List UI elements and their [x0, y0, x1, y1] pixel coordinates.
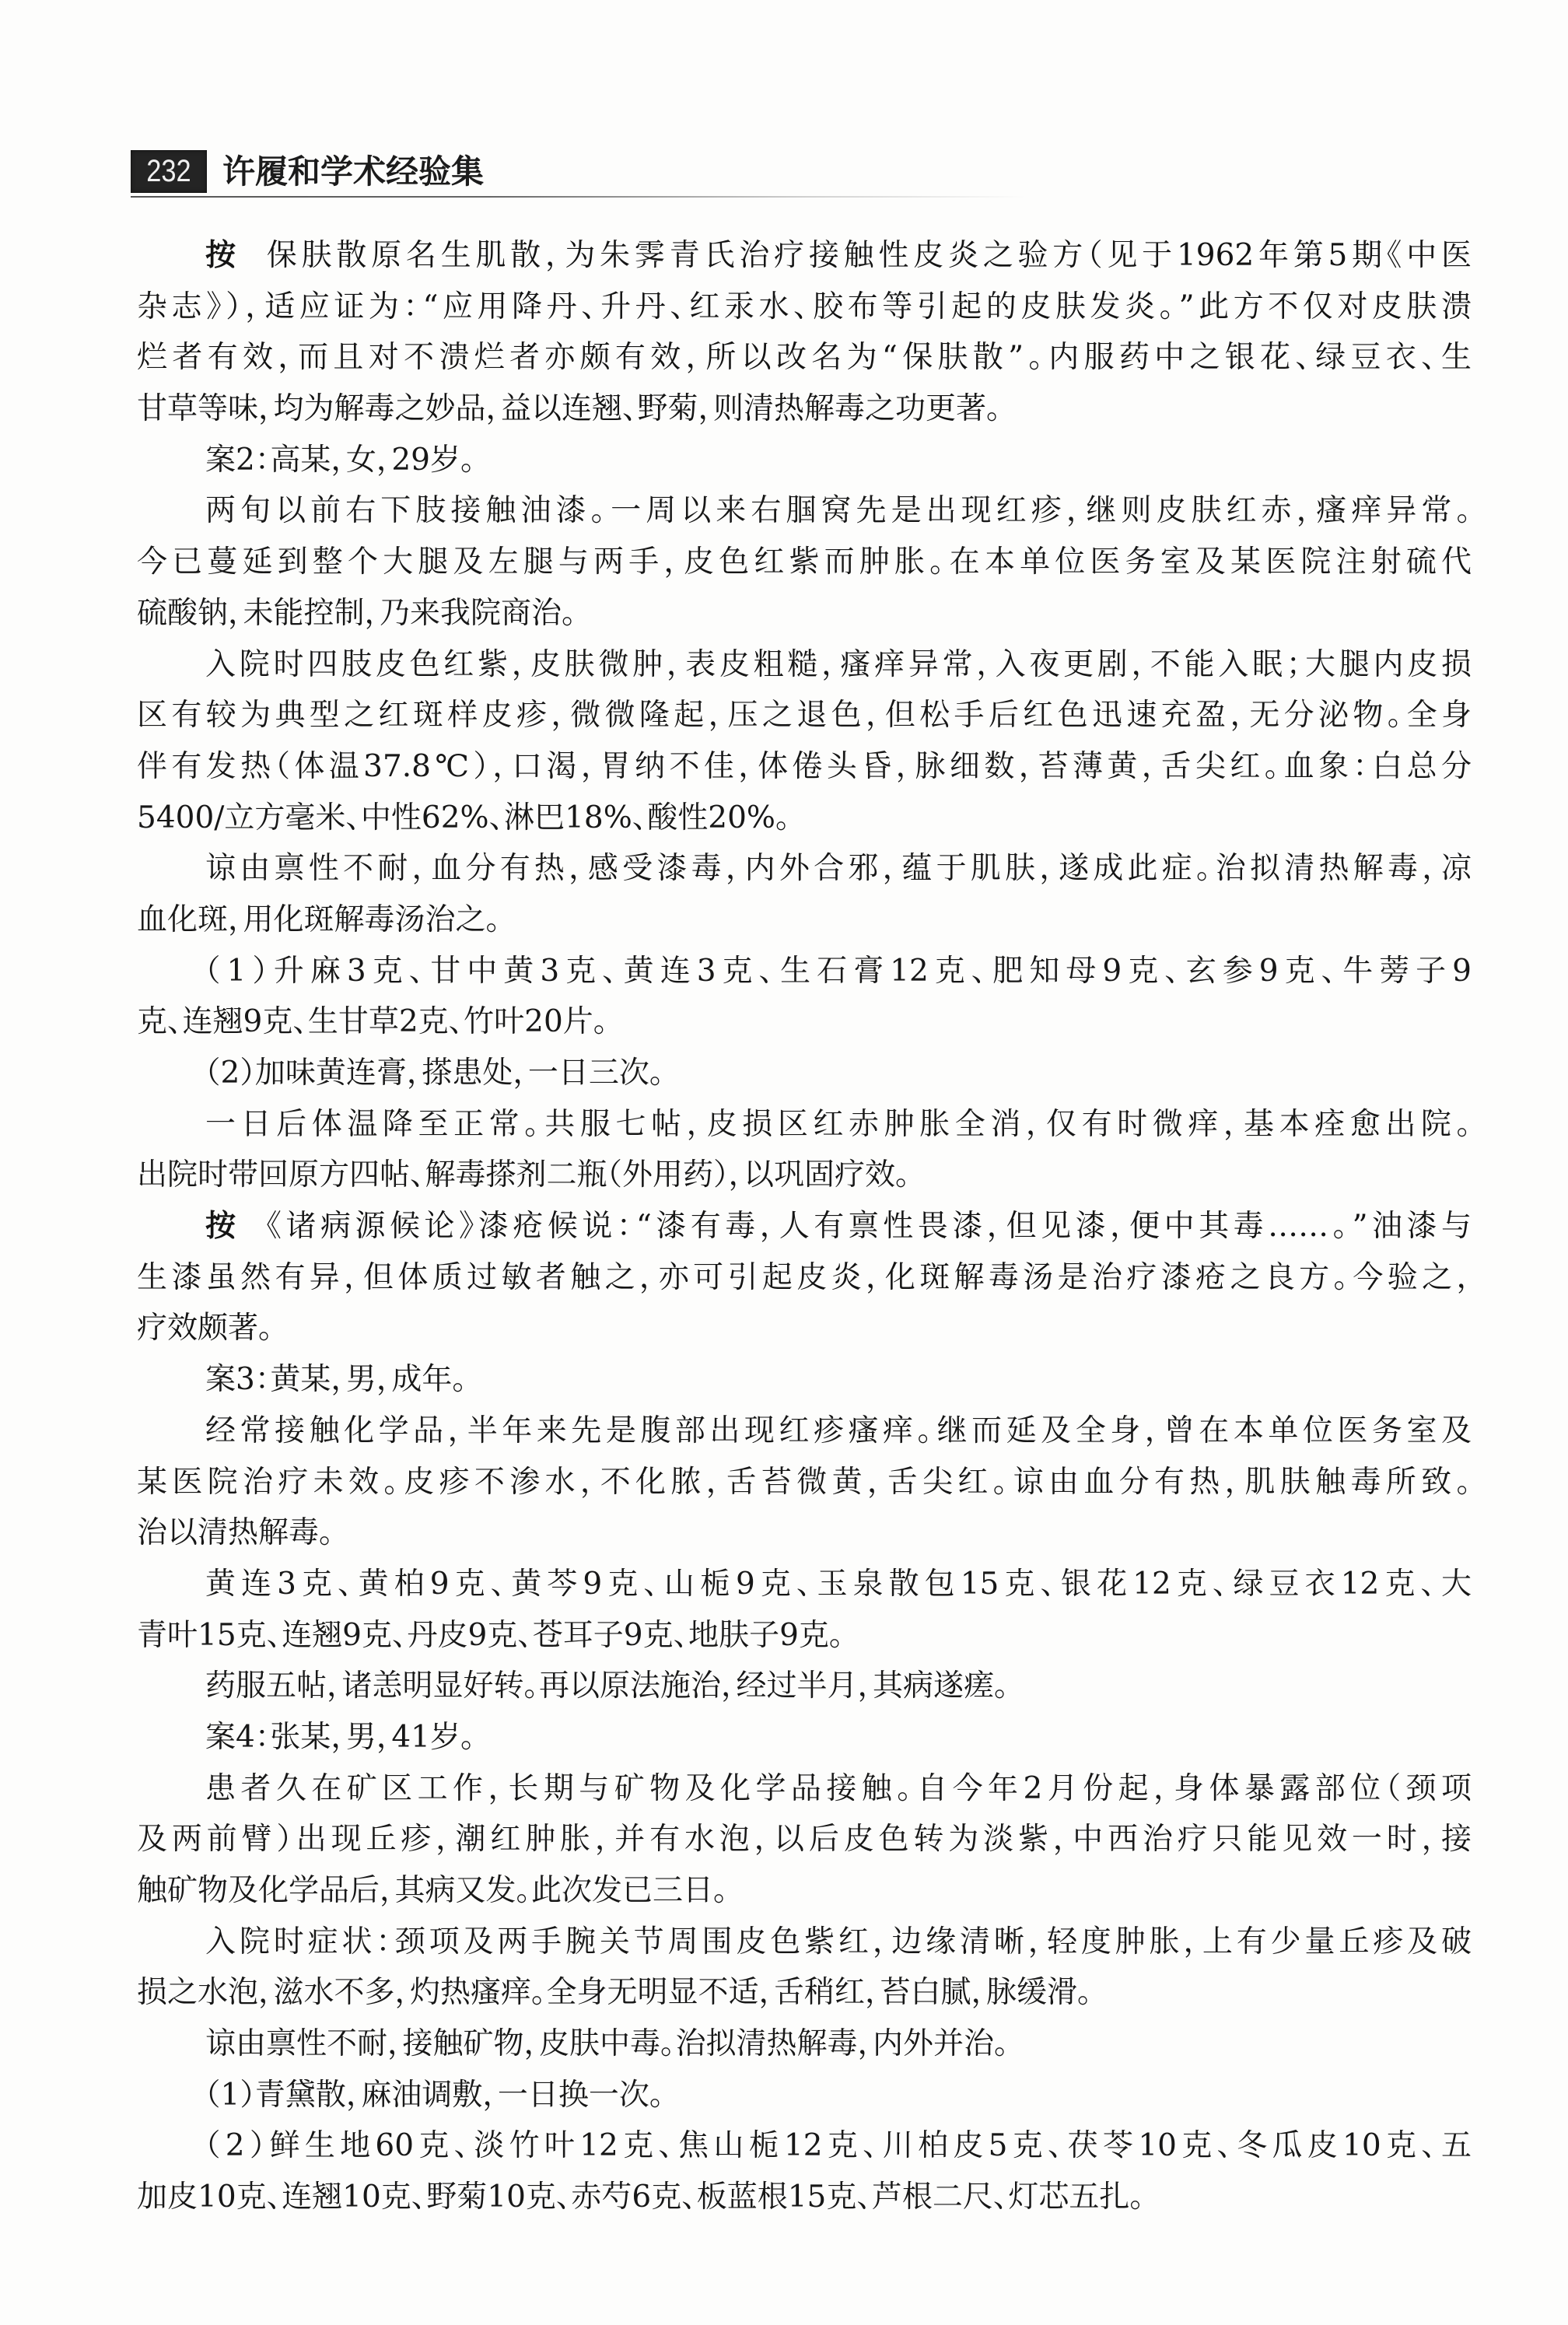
paragraph: 患者久在矿区工作，长期与矿物及化学品接触。自今年2月份起，身体暴露部位（颈项 及… — [137, 1763, 1472, 1917]
note-lead: 按 — [205, 238, 240, 273]
text-line: 案2：高某，女，29岁。 — [137, 435, 1472, 486]
text-line: 经常接触化学品，半年来先是腹部出现红疹瘙痒。继而延及全身，曾在本单位医务室及 — [137, 1406, 1472, 1457]
text-line: 甘草等味，均为解毒之妙品，益以连翘、野菊，则清热解毒之功更著。 — [137, 383, 1472, 435]
text-line: 今已蔓延到整个大腿及左腿与两手，皮色红紫而肿胀。在本单位医务室及某医院注射硫代 — [137, 537, 1472, 588]
prescription: 黄连3克、黄柏9克、黄芩9克、山栀9克、玉泉散包15克、银花12克、绿豆衣12克… — [137, 1559, 1472, 1661]
text-line: 按《诸病源候论》漆疮候说：“漆有毒，人有禀性畏漆，但见漆，便中其毒……。”油漆与 — [137, 1201, 1472, 1252]
text-line: 青叶15克、连翘9克、丹皮9克、苍耳子9克、地肤子9克。 — [137, 1610, 1472, 1661]
text-line: 烂者有效，而且对不溃烂者亦颇有效，所以改名为“保肤散”。内服药中之银花、绿豆衣、… — [137, 332, 1472, 383]
paragraph: 两旬以前右下肢接触油漆。一周以来右腘窝先是出现红疹，继则皮肤红赤，瘙痒异常。 今… — [137, 485, 1472, 639]
paragraph-note: 按《诸病源候论》漆疮候说：“漆有毒，人有禀性畏漆，但见漆，便中其毒……。”油漆与… — [137, 1201, 1472, 1354]
prescription: （2）鲜生地60克、淡竹叶12克、焦山栀12克、川柏皮5克、茯苓10克、冬瓜皮1… — [137, 2120, 1472, 2222]
text-line: 案3：黄某，男，成年。 — [137, 1354, 1472, 1406]
text-line: 生漆虽然有异，但体质过敏者触之，亦可引起皮炎，化斑解毒汤是治疗漆疮之良方。今验之… — [137, 1252, 1472, 1304]
text-line: 及两前臂）出现丘疹，潮红肿胀，并有水泡，以后皮色转为淡紫，中西治疗只能见效一时，… — [137, 1814, 1472, 1865]
paragraph: 入院时四肢皮色红紫，皮肤微肿，表皮粗糙，瘙痒异常，入夜更剧，不能入眠；大腿内皮损… — [137, 639, 1472, 844]
text-line: 两旬以前右下肢接触油漆。一周以来右腘窝先是出现红疹，继则皮肤红赤，瘙痒异常。 — [137, 485, 1472, 537]
text-line: 入院时四肢皮色红紫，皮肤微肿，表皮粗糙，瘙痒异常，入夜更剧，不能入眠；大腿内皮损 — [137, 639, 1472, 691]
text-line: 患者久在矿区工作，长期与矿物及化学品接触。自今年2月份起，身体暴露部位（颈项 — [137, 1763, 1472, 1815]
header-rule — [131, 196, 1025, 198]
paragraph: 入院时症状：颈项及两手腕关节周围皮色紫红，边缘清晰，轻度肿胀，上有少量丘疹及破 … — [137, 1917, 1472, 2019]
text-line: 5400/立方毫米、中性62%、淋巴18%、酸性20%。 — [137, 793, 1472, 844]
case-heading: 案3：黄某，男，成年。 — [137, 1354, 1472, 1406]
text-span: 《诸病源候论》漆疮候说：“漆有毒，人有禀性畏漆，但见漆，便中其毒……。”油漆与 — [267, 1209, 1472, 1244]
page-number: 232 — [136, 150, 201, 193]
text-line: 损之水泡，滋水不多，灼热瘙痒。全身无明显不适，舌稍红，苔白腻，脉缓滑。 — [137, 1967, 1472, 2019]
prescription: （1）青黛散，麻油调敷，一日换一次。 — [137, 2070, 1472, 2121]
text-line: 加皮10克、连翘10克、野菊10克、赤芍6克、板蓝根15克、芦根二尺、灯芯五扎。 — [137, 2172, 1472, 2223]
text-line: 谅由禀性不耐，血分有热，感受漆毒，内外合邪，蕴于肌肤，遂成此症。治拟清热解毒，凉 — [137, 843, 1472, 895]
paragraph-note: 按保肤散原名生肌散，为朱霁青氏治疗接触性皮炎之验方（见于1962年第5期《中医 … — [137, 230, 1472, 435]
text-line: 区有较为典型之红斑样皮疹，微微隆起，压之退色，但松手后红色迅速充盈，无分泌物。全… — [137, 690, 1472, 741]
text-span: 保肤散原名生肌散，为朱霁青氏治疗接触性皮炎之验方（见于1962年第5期《中医 — [267, 238, 1472, 273]
text-line: （1）青黛散，麻油调敷，一日换一次。 — [137, 2070, 1472, 2121]
book-title: 许履和学术经验集 — [222, 150, 484, 193]
text-line: 治以清热解毒。 — [137, 1507, 1472, 1559]
text-line: 硫酸钠，未能控制，乃来我院商治。 — [137, 588, 1472, 639]
text-line: 药服五帖，诸恙明显好转。再以原法施治，经过半月，其病遂瘥。 — [137, 1661, 1472, 1712]
text-line: 疗效颇著。 — [137, 1303, 1472, 1354]
text-line: （2）鲜生地60克、淡竹叶12克、焦山栀12克、川柏皮5克、茯苓10克、冬瓜皮1… — [137, 2120, 1472, 2172]
paragraph: 谅由禀性不耐，接触矿物，皮肤中毒。治拟清热解毒，内外并治。 — [137, 2019, 1472, 2070]
text-line: 黄连3克、黄柏9克、黄芩9克、山栀9克、玉泉散包15克、银花12克、绿豆衣12克… — [137, 1559, 1472, 1610]
paragraph: 经常接触化学品，半年来先是腹部出现红疹瘙痒。继而延及全身，曾在本单位医务室及 某… — [137, 1406, 1472, 1559]
case-heading: 案4：张某，男，41岁。 — [137, 1712, 1472, 1763]
note-lead: 按 — [205, 1209, 240, 1244]
text-line: 一日后体温降至正常。共服七帖，皮损区红赤肿胀全消，仅有时微痒，基本痊愈出院。 — [137, 1099, 1472, 1150]
text-line: （1）升麻3克、甘中黄3克、黄连3克、生石膏12克、肥知母9克、玄参9克、牛蒡子… — [137, 946, 1472, 997]
prescription: （1）升麻3克、甘中黄3克、黄连3克、生石膏12克、肥知母9克、玄参9克、牛蒡子… — [137, 946, 1472, 1048]
page-number-badge: 232 — [131, 150, 207, 193]
text-line: 按保肤散原名生肌散，为朱霁青氏治疗接触性皮炎之验方（见于1962年第5期《中医 — [137, 230, 1472, 282]
text-line: 出院时带回原方四帖、解毒搽剂二瓶（外用药），以巩固疗效。 — [137, 1150, 1472, 1201]
text-line: 入院时症状：颈项及两手腕关节周围皮色紫红，边缘清晰，轻度肿胀，上有少量丘疹及破 — [137, 1917, 1472, 1968]
text-line: 伴有发热（体温37.8℃），口渴，胃纳不佳，体倦头昏，脉细数，苔薄黄，舌尖红。血… — [137, 741, 1472, 793]
paragraph: 一日后体温降至正常。共服七帖，皮损区红赤肿胀全消，仅有时微痒，基本痊愈出院。 出… — [137, 1099, 1472, 1201]
body-text: 按保肤散原名生肌散，为朱霁青氏治疗接触性皮炎之验方（见于1962年第5期《中医 … — [137, 230, 1472, 2223]
text-line: （2）加味黄连膏，搽患处，一日三次。 — [137, 1048, 1472, 1099]
text-line: 触矿物及化学品后，其病又发。此次发已三日。 — [137, 1865, 1472, 1917]
text-line: 杂志》），适应证为：“应用降丹、升丹、红汞水、胶布等引起的皮肤发炎。”此方不仅对… — [137, 282, 1472, 333]
paragraph: 谅由禀性不耐，血分有热，感受漆毒，内外合邪，蕴于肌肤，遂成此症。治拟清热解毒，凉… — [137, 843, 1472, 945]
text-line: 克、连翘9克、生甘草2克、竹叶20片。 — [137, 996, 1472, 1048]
text-line: 血化斑，用化斑解毒汤治之。 — [137, 895, 1472, 946]
prescription: （2）加味黄连膏，搽患处，一日三次。 — [137, 1048, 1472, 1099]
case-heading: 案2：高某，女，29岁。 — [137, 435, 1472, 486]
text-line: 谅由禀性不耐，接触矿物，皮肤中毒。治拟清热解毒，内外并治。 — [137, 2019, 1472, 2070]
paragraph: 药服五帖，诸恙明显好转。再以原法施治，经过半月，其病遂瘥。 — [137, 1661, 1472, 1712]
text-line: 案4：张某，男，41岁。 — [137, 1712, 1472, 1763]
text-line: 某医院治疗未效。皮疹不渗水，不化脓，舌苔微黄，舌尖红。谅由血分有热，肌肤触毒所致… — [137, 1457, 1472, 1508]
